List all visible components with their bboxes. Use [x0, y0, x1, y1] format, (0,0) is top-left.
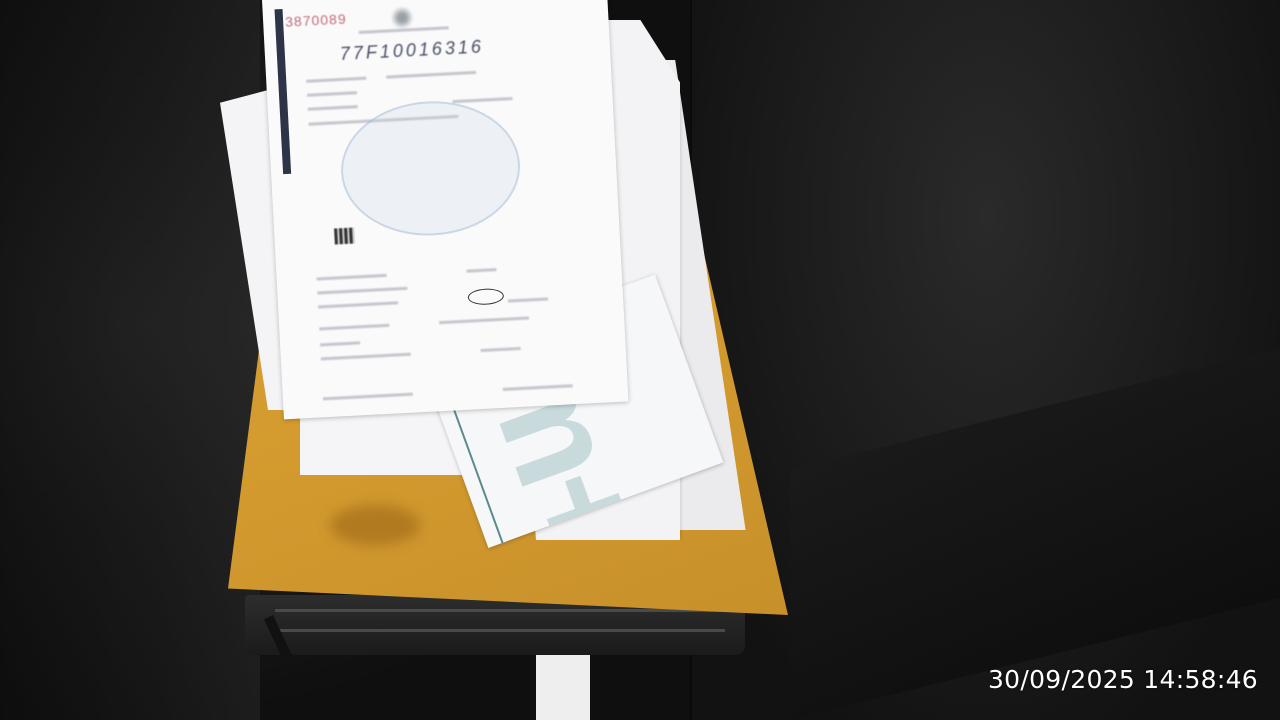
paper-strip [536, 655, 590, 720]
handwritten-number: 77F10016316 [339, 36, 484, 65]
qr-code [334, 227, 355, 244]
text-line [321, 353, 411, 361]
text-line [323, 393, 413, 401]
printed-receipt: 3870089 77F10016316 [262, 0, 629, 419]
text-line [307, 91, 357, 97]
text-line [319, 324, 389, 331]
text-line [453, 97, 513, 103]
text-line [318, 301, 398, 308]
text-line [317, 274, 387, 281]
text-line [320, 341, 360, 346]
text-line [481, 347, 521, 352]
wallet-zipper [275, 609, 725, 612]
zipper-pull [264, 615, 292, 660]
text-line [466, 268, 496, 273]
photo-scene: m+ 3870089 77F10016316 30/09/2025 14:58:… [0, 0, 1280, 720]
timestamp-overlay: 30/09/2025 14:58:46 [988, 665, 1258, 694]
text-line [386, 71, 476, 79]
receipt-serial-number: 3870089 [285, 11, 347, 30]
text-line [317, 287, 407, 295]
text-line [308, 105, 358, 111]
receipt-side-bar [275, 9, 292, 174]
envelope-stain [330, 505, 420, 545]
text-line [503, 384, 573, 391]
wallet-zipper [275, 629, 725, 632]
text-line [306, 77, 366, 83]
text-line [508, 297, 548, 302]
official-stamp [338, 97, 524, 240]
pen-circle-mark [467, 288, 504, 306]
text-line [439, 316, 529, 324]
